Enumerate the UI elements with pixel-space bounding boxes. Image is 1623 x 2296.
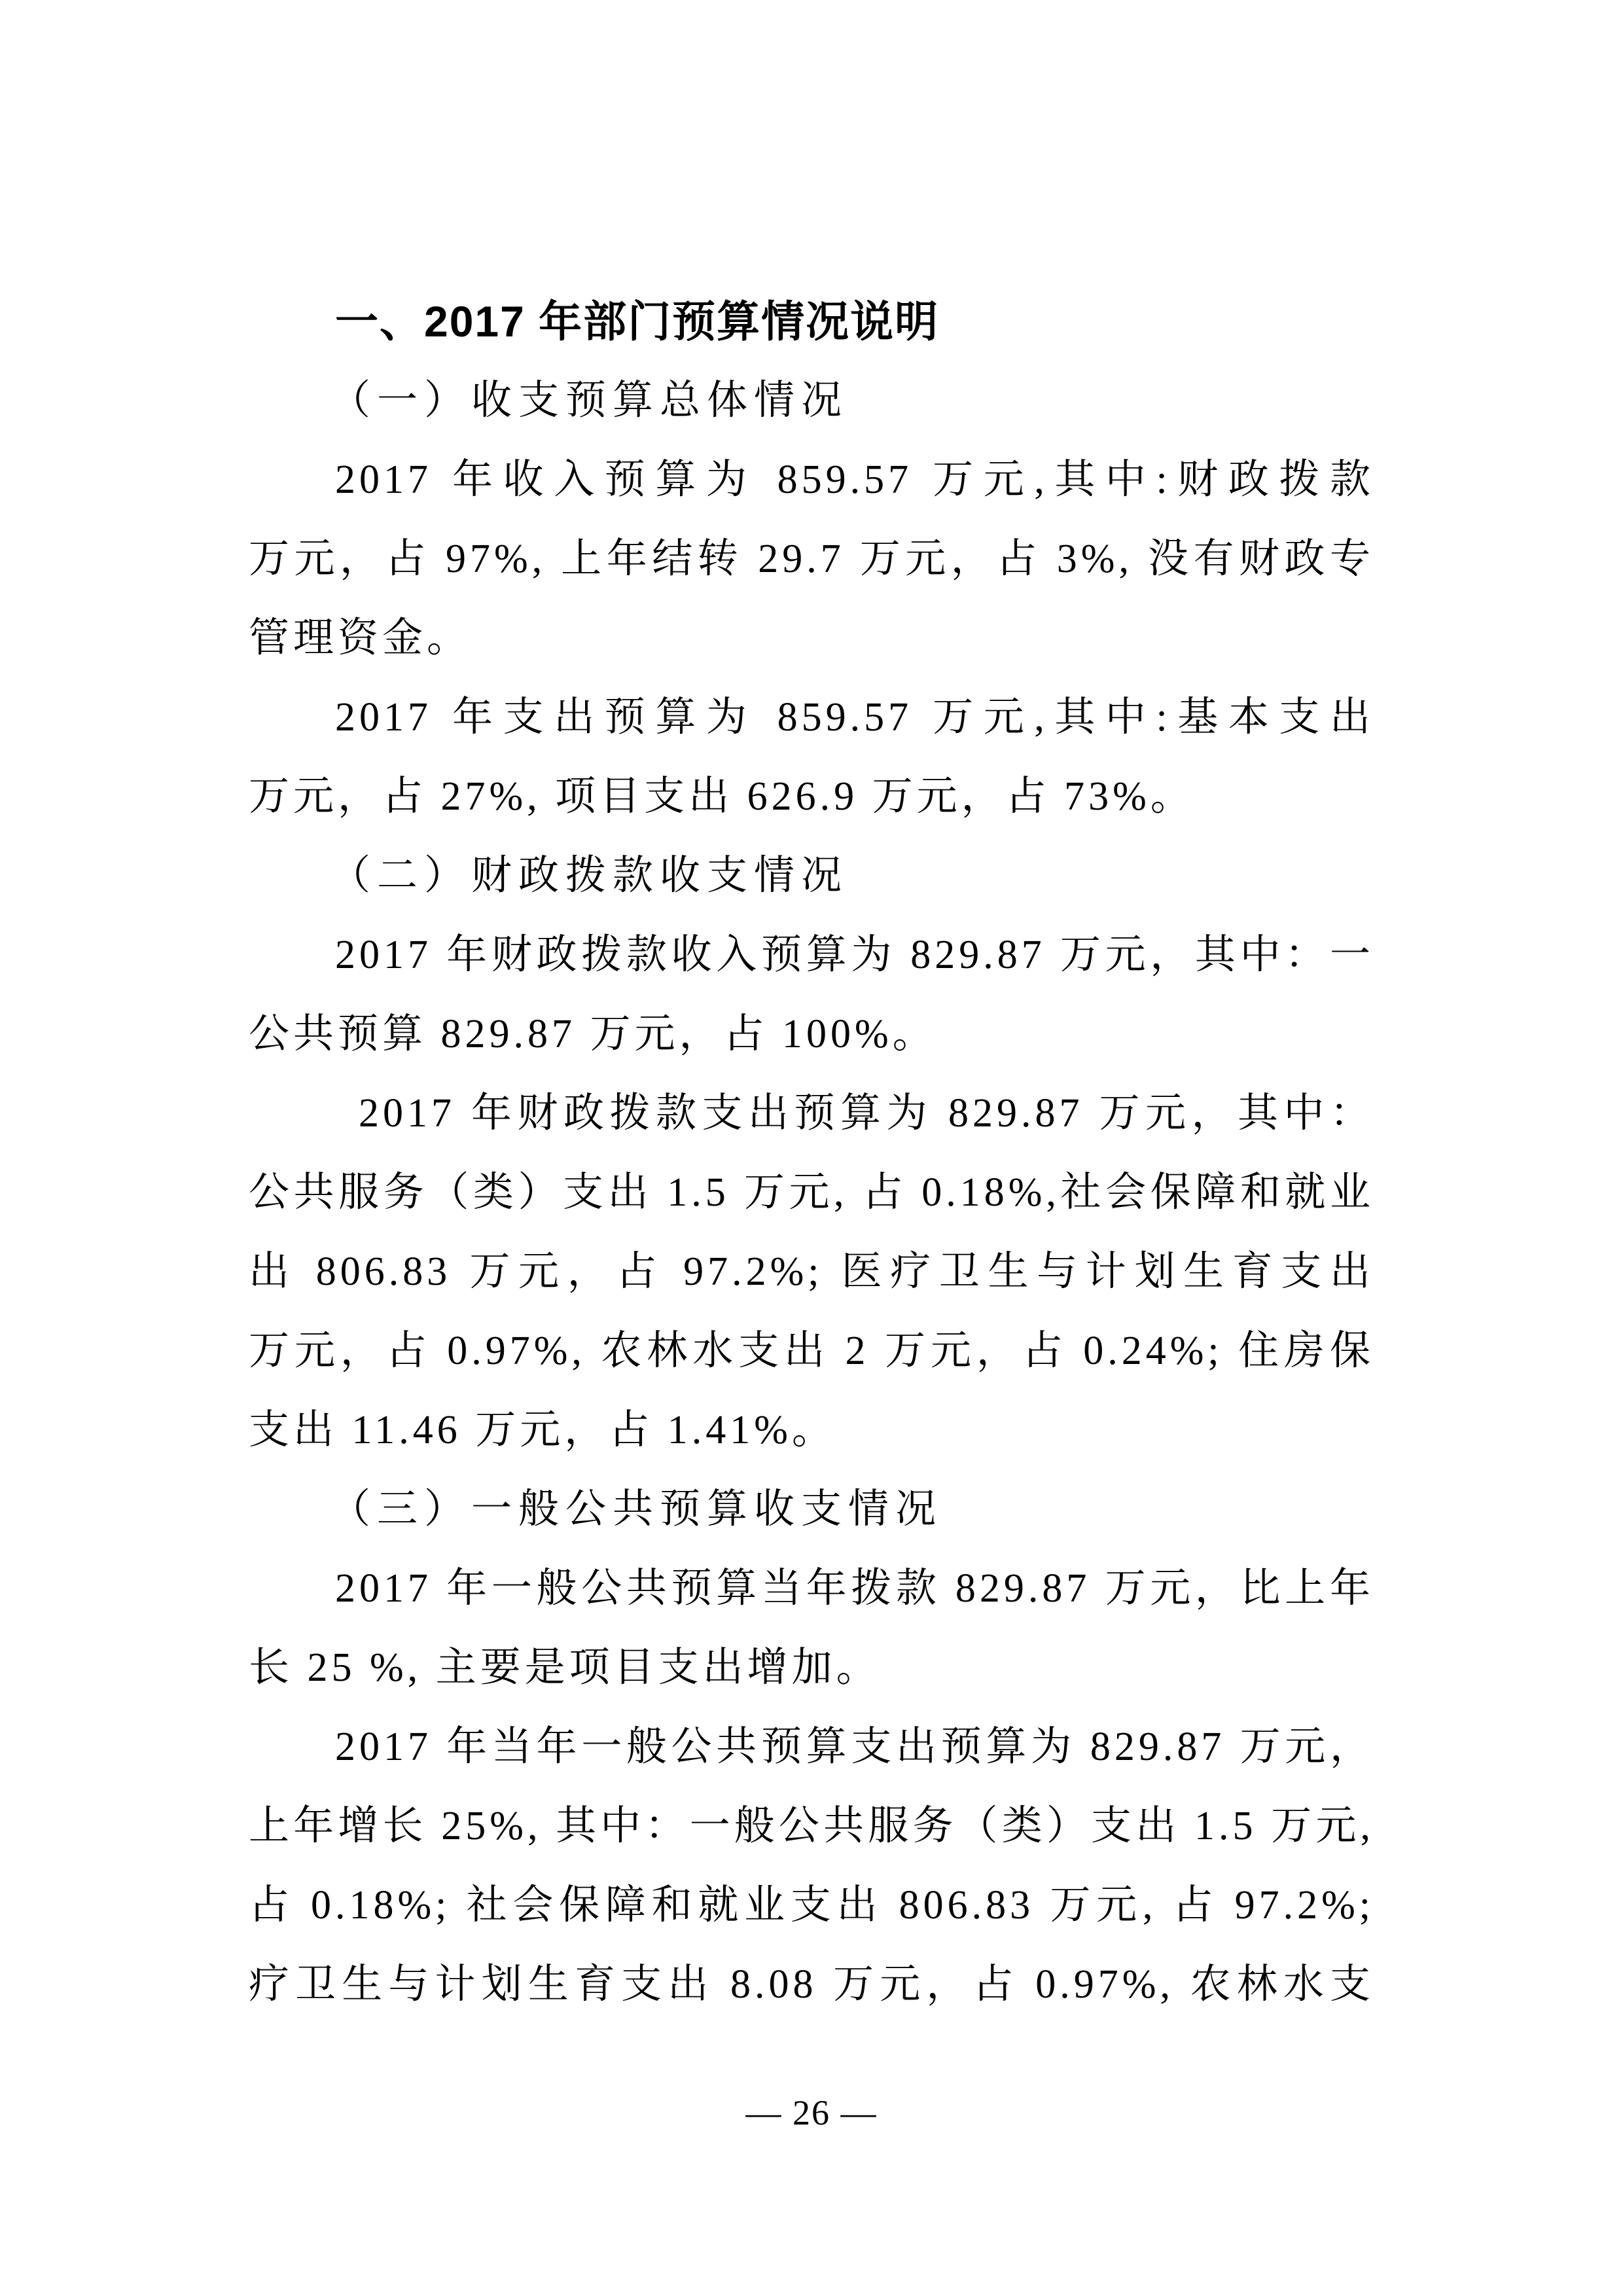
- section-heading: （三）一般公共预算收支情况: [249, 1470, 1374, 1549]
- text-line: 2017 年财政拨款收入预算为 829.87 万元，其中：一般: [249, 916, 1374, 995]
- text-line: 2017 年一般公共预算当年拨款 829.87 万元，比上年增: [249, 1549, 1374, 1628]
- text-line: 万元，占 27%, 项目支出 626.9 万元，占 73%。: [249, 757, 1374, 836]
- text-line: 长 25 %, 主要是项目支出增加。: [249, 1628, 1374, 1708]
- text-line: 2017 年支出预算为 859.57 万元,其中:基本支出 232.67: [249, 678, 1374, 757]
- text-line: 支出 11.46 万元，占 1.41%。: [249, 1391, 1374, 1470]
- page-footer: — 26 —: [0, 2073, 1623, 2153]
- text-line: 管理资金。: [249, 599, 1374, 678]
- text-line: 疗卫生与计划生育支出 8.08 万元，占 0.97%, 农林水支出 2: [249, 1945, 1374, 2024]
- document-heading: 一、2017 年部门预算情况说明: [249, 282, 1374, 361]
- document-body: 一、2017 年部门预算情况说明（一）收支预算总体情况2017 年收入预算为 8…: [249, 282, 1374, 2024]
- section-heading: （一）收支预算总体情况: [249, 361, 1374, 440]
- text-line: 出 806.83 万元，占 97.2%; 医疗卫生与计划生育支出 8.08: [249, 1232, 1374, 1312]
- document-page: 一、2017 年部门预算情况说明（一）收支预算总体情况2017 年收入预算为 8…: [0, 0, 1623, 2296]
- text-line: 2017 年财政拨款支出预算为 829.87 万元，其中：一般: [249, 1074, 1374, 1153]
- page-number: — 26 —: [746, 2093, 878, 2132]
- text-line: 公共预算 829.87 万元，占 100%。: [249, 995, 1374, 1074]
- text-line: 2017 年收入预算为 859.57 万元,其中:财政拨款 829.87: [249, 440, 1374, 520]
- text-line: 2017 年当年一般公共预算支出预算为 829.87 万元，比: [249, 1708, 1374, 1787]
- text-line: 万元，占 0.97%, 农林水支出 2 万元，占 0.24%; 住房保障: [249, 1312, 1374, 1391]
- text-line: 公共服务（类）支出 1.5 万元, 占 0.18%,社会保障和就业支: [249, 1153, 1374, 1232]
- text-line: 上年增长 25%, 其中：一般公共服务（类）支出 1.5 万元,: [249, 1787, 1374, 1866]
- text-line: 占 0.18%; 社会保障和就业支出 806.83 万元, 占 97.2%; 医: [249, 1866, 1374, 1945]
- text-line: 万元，占 97%, 上年结转 29.7 万元，占 3%, 没有财政专户: [249, 520, 1374, 599]
- section-heading: （二）财政拨款收支情况: [249, 836, 1374, 916]
